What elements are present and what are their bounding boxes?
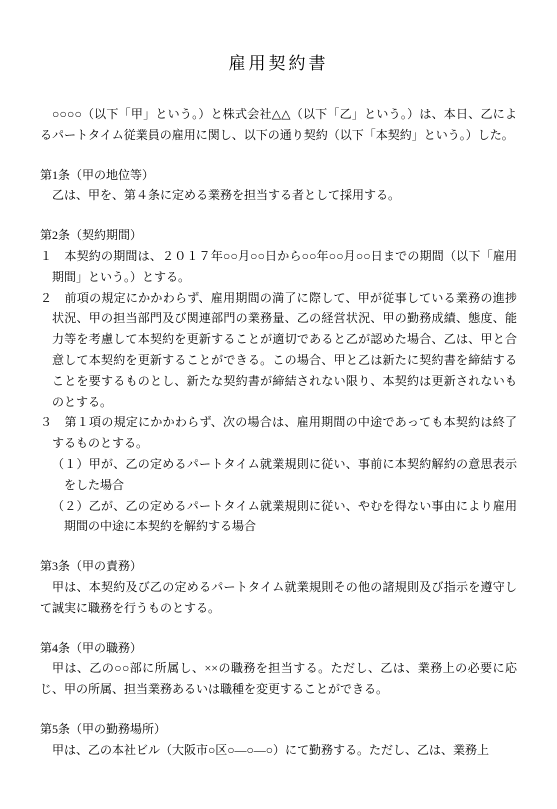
article-4: 第4条（甲の職務） 甲は、乙の○○部に所属し、××の職務を担当する。ただし、乙は… — [40, 638, 517, 700]
article-2-item-1: １ 本契約の期間は、２０１７年○○月○○日から○○年○○月○○日までの期間（以下… — [40, 246, 517, 288]
document-title: 雇用契約書 — [40, 52, 517, 76]
sub-item-text: 甲が、乙の定めるパートタイム就業規則に従い、事前に本契約解約の意思表示をした場合 — [64, 457, 517, 492]
item-number: １ — [40, 249, 64, 263]
article-2-heading: 第2条（契約期間） — [40, 225, 517, 246]
sub-item-number: （２） — [52, 499, 89, 513]
article-2: 第2条（契約期間） １ 本契約の期間は、２０１７年○○月○○日から○○年○○月○… — [40, 225, 517, 537]
article-5: 第5条（甲の勤務場所） 甲は、乙の本社ビル（大阪市○区○―○―○）にて勤務する。… — [40, 719, 517, 761]
article-2-item-3-sub-1: （１）甲が、乙の定めるパートタイム就業規則に従い、事前に本契約解約の意思表示をし… — [40, 454, 517, 496]
item-number: ３ — [40, 415, 65, 429]
item-text: 本契約の期間は、２０１７年○○月○○日から○○年○○月○○日までの期間（以下「雇… — [52, 249, 517, 284]
intro-paragraph: ○○○○（以下「甲」という。）と株式会社△△（以下「乙」という。）は、本日、乙に… — [40, 104, 517, 146]
article-3: 第3条（甲の責務） 甲は、本契約及び乙の定めるパートタイム就業規則その他の諸規則… — [40, 556, 517, 618]
item-number: ２ — [40, 291, 65, 305]
article-2-item-3: ３ 第１項の規定にかかわらず、次の場合は、雇用期間の中途であっても本契約は終了す… — [40, 412, 517, 454]
article-5-heading: 第5条（甲の勤務場所） — [40, 719, 517, 740]
item-text: 第１項の規定にかかわらず、次の場合は、雇用期間の中途であっても本契約は終了するも… — [52, 415, 517, 450]
article-1-body: 乙は、甲を、第４条に定める業務を担当する者として採用する。 — [40, 185, 517, 206]
article-3-body: 甲は、本契約及び乙の定めるパートタイム就業規則その他の諸規則及び指示を遵守して誠… — [40, 577, 517, 619]
document-page: 雇用契約書 ○○○○（以下「甲」という。）と株式会社△△（以下「乙」という。）は… — [0, 0, 557, 809]
article-5-body: 甲は、乙の本社ビル（大阪市○区○―○―○）にて勤務する。ただし、乙は、業務上 — [40, 740, 517, 761]
article-3-heading: 第3条（甲の責務） — [40, 556, 517, 577]
article-4-heading: 第4条（甲の職務） — [40, 638, 517, 659]
sub-item-text: 乙が、乙の定めるパートタイム就業規則に従い、やむを得ない事由により雇用期間の中途… — [64, 499, 517, 534]
article-1-heading: 第1条（甲の地位等） — [40, 165, 517, 186]
item-text: 前項の規定にかかわらず、雇用期間の満了に際して、甲が従事している業務の進捗状況、… — [52, 291, 517, 409]
article-2-item-2: ２ 前項の規定にかかわらず、雇用期間の満了に際して、甲が従事している業務の進捗状… — [40, 288, 517, 413]
article-2-item-3-sub-2: （２）乙が、乙の定めるパートタイム就業規則に従い、やむを得ない事由により雇用期間… — [40, 496, 517, 538]
article-4-body: 甲は、乙の○○部に所属し、××の職務を担当する。ただし、乙は、業務上の必要に応じ… — [40, 658, 517, 700]
sub-item-number: （１） — [52, 457, 89, 471]
article-1: 第1条（甲の地位等） 乙は、甲を、第４条に定める業務を担当する者として採用する。 — [40, 165, 517, 207]
